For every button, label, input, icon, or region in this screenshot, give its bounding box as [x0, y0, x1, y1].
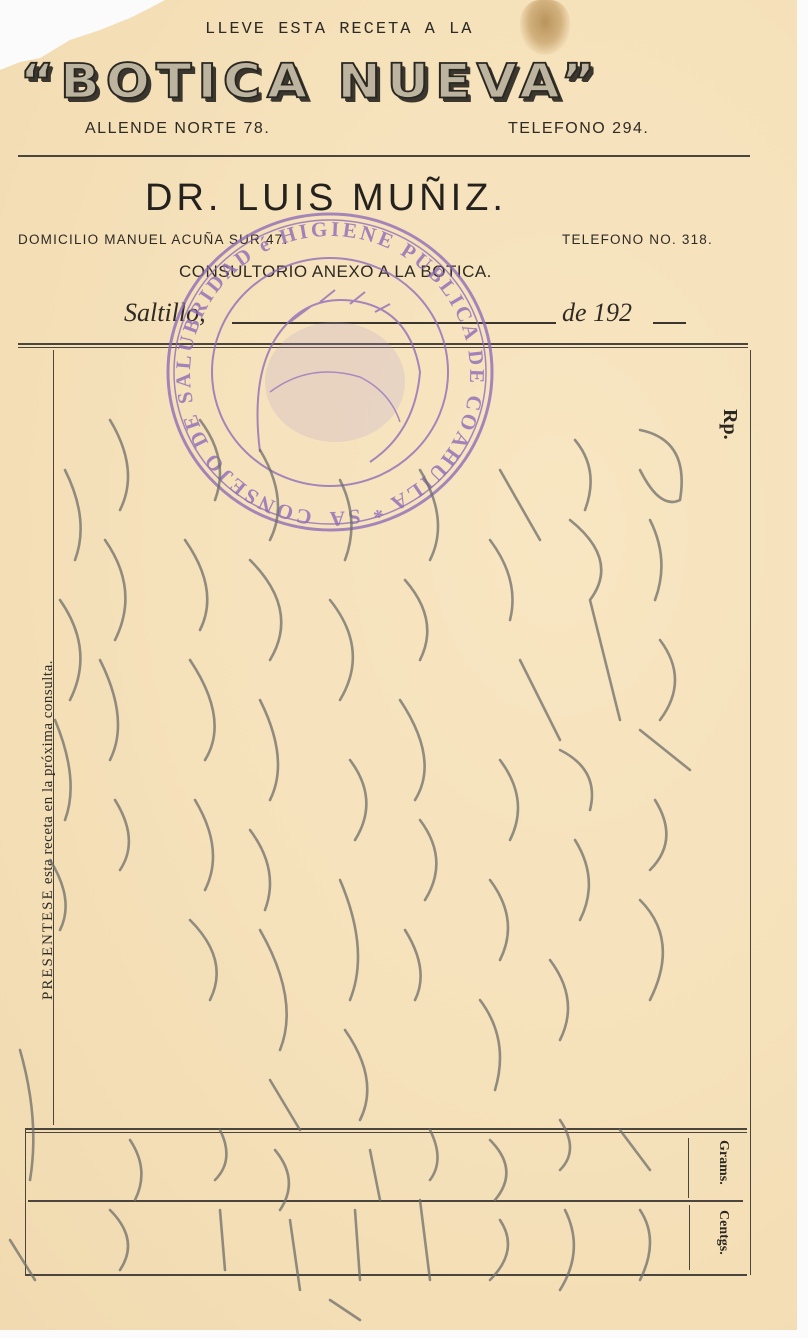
side-note-text: esta receta en la próxima consulta.: [40, 660, 56, 888]
pharmacy-address: ALLENDE NORTE 78.: [85, 120, 270, 138]
pharmacy-brand-title: “BOTICA NUEVA”: [20, 55, 601, 109]
header-tagline: LLEVE ESTA RECETA A LA: [205, 20, 473, 39]
side-note-caps: PRESENTESE: [40, 888, 56, 1000]
frame-right-line: [750, 350, 751, 1275]
side-note: PRESENTESE esta receta en la próxima con…: [40, 660, 57, 1000]
header-divider: [18, 155, 750, 157]
dosage-box-bottom-rule: [25, 1274, 747, 1276]
official-stamp-icon: CONSEJO DE SALUBRIDAD é HIGIENE PUBLICA …: [160, 212, 500, 542]
centgs-column-divider: [689, 1205, 690, 1270]
date-year-label: de 192: [562, 298, 632, 328]
dosage-box-left-line: [25, 1130, 26, 1276]
centgs-column-label: Centgs.: [715, 1210, 731, 1255]
grams-column-label: Grams.: [715, 1140, 731, 1185]
water-stain: [520, 0, 570, 55]
doctor-phone: TELEFONO NO. 318.: [562, 232, 713, 247]
rp-symbol: Rp.: [693, 409, 741, 431]
grams-column-divider: [688, 1138, 689, 1198]
dosage-box-top-rule-2: [25, 1132, 747, 1133]
year-blank-line: [653, 322, 686, 324]
dosage-box-top-rule: [25, 1128, 747, 1130]
pharmacy-phone: TELEFONO 294.: [508, 120, 649, 138]
dosage-box-middle-rule: [28, 1200, 743, 1202]
